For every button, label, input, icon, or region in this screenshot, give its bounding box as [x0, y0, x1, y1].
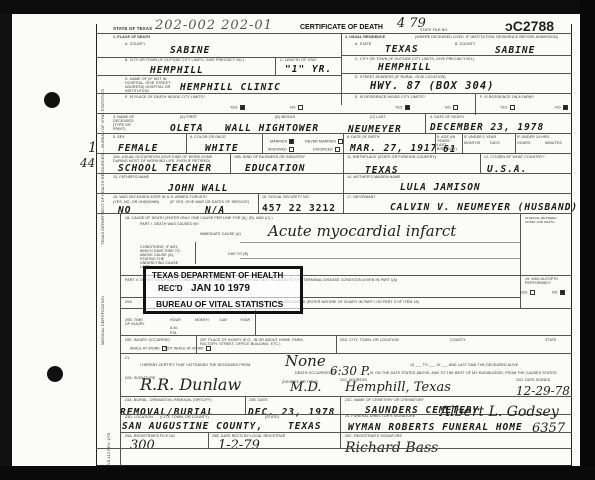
rule — [341, 33, 342, 105]
disposition-date-value: DEC. 23, 1978 — [248, 407, 335, 418]
rule — [343, 153, 344, 173]
armed-forces-sub1: (Yes, no, or unknown) — [113, 200, 159, 204]
race-label: 6. COLOR OR RACE — [190, 135, 226, 139]
certify-text4: m. on the date stated above, and to the … — [370, 371, 558, 375]
dob-label: 8. DATE OF BIRTH — [347, 135, 380, 139]
pod-hospital-value: HEMPHILL CLINIC — [180, 82, 281, 93]
rule — [240, 242, 520, 243]
checkbox-checked[interactable] — [405, 105, 410, 110]
ur-farm-no[interactable]: NO — [555, 105, 568, 110]
checkbox-checked[interactable] — [289, 139, 294, 144]
checkbox[interactable] — [530, 290, 535, 295]
date-of-death-value: DECEMBER 23, 1978 — [430, 122, 544, 133]
mother-label: 14. MOTHER'S MAIDEN NAME — [347, 175, 400, 179]
stamp-received-label: REC'D — [158, 284, 183, 293]
pod-length-value: "1" YR. — [285, 64, 332, 75]
rule — [480, 153, 481, 173]
disposition-location-value: SAN AUGUSTINE COUNTY, — [122, 421, 263, 432]
day-label: Day — [220, 318, 227, 322]
checkbox[interactable] — [335, 147, 340, 152]
rule — [96, 75, 341, 76]
injury-county-label: COUNTY — [450, 338, 466, 342]
time-of-death-value: 6:30 P. — [330, 364, 370, 378]
due-to-label: DUE TO (b) — [228, 252, 248, 256]
month-label: Month — [195, 318, 209, 322]
pod-inside-city-yes[interactable]: YES — [230, 105, 245, 110]
not-while-at-work[interactable]: NOT WHILE AT WORK — [165, 346, 211, 351]
disposition-location-sub: (City, town, or county) — [160, 415, 209, 419]
rule — [341, 73, 572, 74]
date-signed-label: 22d. DATE SIGNED — [516, 378, 550, 382]
stamp-date: JAN 10 1979 — [191, 283, 250, 294]
marital-divorced[interactable]: Divorced — [313, 147, 340, 152]
rule — [475, 93, 476, 115]
marital-married[interactable]: Married — [270, 139, 294, 144]
autopsy-no[interactable]: NO — [552, 290, 565, 295]
days-label: Days — [490, 141, 500, 145]
checkbox-checked[interactable] — [560, 290, 565, 295]
disposition-method-label: 23a. BURIAL, CREMATION, REMOVAL (Specify… — [125, 398, 212, 402]
injury-occurred-label: 20e. INJURY OCCURRED — [125, 338, 170, 342]
accident-label: 20a. — [125, 300, 133, 304]
ur-street-value: HWY. 87 (BOX 304) — [370, 80, 494, 92]
disposition-location-state: TEXAS — [288, 421, 322, 432]
ur-inside-no[interactable]: NO — [445, 105, 458, 110]
ur-inside-yes[interactable]: YES — [395, 105, 410, 110]
rule — [230, 153, 231, 173]
disposition-location-label: 23d. LOCATION — [125, 415, 153, 419]
immediate-cause-value: Acute myocardial infarct — [268, 222, 456, 240]
rule — [245, 396, 246, 414]
place-of-death-label: 1. PLACE OF DEATH — [113, 35, 150, 39]
margin-fraction-bottom: 44 — [80, 156, 95, 170]
attended-from-value: None — [285, 352, 326, 370]
rule — [208, 432, 209, 448]
citizen-label: 12. CITIZEN OF WHAT COUNTRY? — [484, 155, 545, 159]
rule — [120, 432, 572, 433]
stamp-line3: BUREAU OF VITAL STATISTICS — [156, 299, 283, 309]
year-label: Year — [240, 318, 250, 322]
pod-county-label: a. COUNTY — [125, 42, 145, 46]
rule — [341, 55, 572, 56]
occupation-label: 10a. USUAL OCCUPATION (Give kind of work… — [113, 155, 223, 163]
ur-state-value: TEXAS — [385, 44, 419, 55]
rule — [96, 133, 572, 134]
rule — [425, 113, 426, 133]
injury-state-label: STATE — [545, 338, 557, 342]
checkbox[interactable] — [453, 105, 458, 110]
middle-name-label: (b) Middle — [275, 115, 295, 119]
cause-section-label: 18. CAUSE OF DEATH (Enter only one cause… — [125, 216, 273, 220]
autopsy-yes[interactable]: YES — [520, 290, 535, 295]
usual-residence-note: (Where deceased lived. If institution: r… — [415, 35, 558, 39]
pod-inside-city-no[interactable]: NO — [290, 105, 303, 110]
rule — [340, 396, 341, 448]
pod-county-value: SABINE — [170, 45, 210, 56]
cemetery-label: 23c. NAME OF CEMETERY OR CREMATORY — [345, 398, 424, 402]
deceased-name-label: 3. NAME OF DECEASED (Type or print) — [113, 115, 143, 131]
rule — [262, 133, 263, 153]
rule — [195, 242, 196, 264]
certify-text1: I hereby certify that I attended the dec… — [140, 363, 250, 367]
scan-border-top — [0, 0, 595, 14]
ur-state-label: a. STATE — [355, 42, 371, 46]
rule — [96, 93, 572, 94]
armed-forces-sub2: (If yes, give war or dates of service) — [170, 200, 249, 204]
father-label: 13. FATHER'S NAME — [113, 175, 149, 179]
disposition-date-label: 23b. DATE — [249, 398, 268, 402]
part1-label: PART I. DEATH WAS CAUSED BY: — [140, 222, 200, 226]
industry-label: 10b. KIND OF BUSINESS OR INDUSTRY — [234, 155, 305, 159]
interval-label: INTERVAL BETWEEN ONSET AND DEATH — [525, 216, 565, 224]
months-label: Months — [464, 141, 480, 145]
rule — [258, 193, 259, 213]
marital-never-married[interactable]: Never Married — [305, 139, 343, 144]
registrar-file-value: 300 — [130, 438, 155, 453]
rule — [120, 353, 572, 354]
checkbox[interactable] — [289, 147, 294, 152]
place-of-injury-label: 20f. PLACE OF INJURY (e.g., in or about … — [200, 338, 320, 346]
funeral-director-label: 24. FUNERAL DIRECTOR'S SIGNATURE — [345, 414, 415, 418]
injury-location-label: 20g. CITY, TOWN, OR LOCATION — [340, 338, 399, 342]
ur-city-label: c. CITY OR TOWN (If outside city limits,… — [355, 57, 474, 61]
hours-label: Hours — [517, 141, 530, 145]
checkbox[interactable] — [298, 105, 303, 110]
rule — [196, 335, 197, 353]
date-recd-value: 1-2-79 — [218, 438, 260, 453]
service-value: N/A — [205, 205, 225, 216]
usual-residence-label: 2. USUAL RESIDENCE — [345, 35, 385, 39]
rule — [186, 133, 187, 153]
last-name-label: (c) Last — [370, 115, 386, 119]
rule — [96, 448, 572, 449]
checkbox-checked[interactable] — [563, 105, 568, 110]
scan-border-right — [580, 0, 595, 480]
registrar-sig-label: 25c. REGISTRAR'S SIGNATURE — [345, 434, 402, 438]
immediate-cause-label: IMMEDIATE CAUSE (a) — [200, 232, 241, 236]
rule — [462, 133, 463, 153]
rule — [96, 173, 572, 174]
ur-county-label: b. COUNTY — [455, 42, 475, 46]
scan-border-bottom — [0, 466, 595, 480]
disposition-location-state-sub: (State) — [265, 415, 279, 419]
ssn-label: 16. SOCIAL SECURITY NO. — [262, 195, 310, 199]
date-of-death-label: 4. DATE OF DEATH — [430, 115, 464, 119]
rule — [435, 133, 436, 153]
birthplace-label: 11. BIRTHPLACE (State or foreign country… — [347, 155, 436, 159]
minutes-label: Minutes — [545, 141, 562, 145]
rule — [515, 133, 516, 153]
pod-length-label: c. LENGTH OF STAY — [280, 58, 317, 62]
ur-street-label: d. STREET ADDRESS (If rural, give locati… — [355, 75, 446, 79]
rule — [336, 335, 337, 353]
ur-inside-city-label: e. IS RESIDENCE INSIDE CITY LIMITS? — [355, 95, 425, 99]
rule — [96, 113, 572, 114]
degree-value: M.D. — [290, 380, 322, 395]
checkbox[interactable] — [510, 105, 515, 110]
ur-farm-yes[interactable]: YES — [500, 105, 515, 110]
certify-number: 21. — [125, 356, 130, 360]
funeral-home-no: 6357 — [532, 421, 565, 436]
rule — [120, 396, 572, 397]
informant-value: CALVIN V. NEUMEYER (HUSBAND) — [390, 202, 578, 213]
checkbox-checked[interactable] — [240, 105, 245, 110]
rule — [343, 133, 344, 153]
time-of-injury-label: 20b. TIME OF INJURY — [125, 318, 145, 326]
rule — [343, 193, 344, 213]
rule — [96, 33, 572, 34]
informant-label: 17. INFORMANT — [347, 195, 376, 199]
rule — [96, 153, 572, 154]
marital-widowed[interactable]: Widowed — [268, 147, 294, 152]
address-value: Hemphill, Texas — [345, 380, 451, 395]
stamp-line1: TEXAS DEPARTMENT OF HEALTH — [152, 271, 283, 280]
hour-label: Hour — [170, 318, 181, 322]
received-stamp: TEXAS DEPARTMENT OF HEALTH REC'D JAN 10 … — [143, 266, 303, 314]
under-1-year-label: IF UNDER 1 YEAR — [464, 135, 496, 139]
rule — [96, 213, 572, 214]
certify-text2: 19 ___ to ___ 19 ___ and last saw the de… — [410, 363, 518, 367]
while-at-work[interactable]: WHILE AT WORK — [130, 346, 167, 351]
first-name-label: (a) First — [180, 115, 197, 119]
ur-city-value: HEMPHILL — [378, 62, 432, 73]
funeral-director-signature: Albert L. Godsey — [440, 404, 559, 420]
checkbox[interactable] — [206, 346, 211, 351]
punch-hole-bottom — [47, 366, 63, 382]
under-24-label: IF UNDER 24 HRS. — [517, 135, 550, 139]
rule — [240, 258, 520, 259]
punch-hole-top — [44, 92, 60, 108]
rule — [120, 213, 121, 466]
physician-signature: R.R. Dunlaw — [140, 375, 241, 394]
rule — [343, 173, 344, 193]
pod-inside-city-label: e. IS PLACE OF DEATH INSIDE CITY LIMITS? — [125, 95, 205, 99]
rule — [96, 193, 572, 194]
rule — [120, 335, 572, 336]
pod-hospital-label: d. NAME OF (If not in hospital, give str… — [125, 77, 175, 93]
ur-farm-label: f. IS RESIDENCE ON A FARM? — [480, 95, 534, 99]
am-label: a.m. — [170, 326, 178, 330]
autopsy-label: 19. WAS AUTOPSY PERFORMED? — [525, 277, 570, 285]
rule — [275, 57, 276, 75]
sex-label: 5. SEX — [113, 135, 125, 139]
pod-city-label: b. CITY OR TOWN (If outside city limits,… — [125, 58, 244, 62]
armed-forces-label: 15. WAS DECEASED EVER IN U.S. ARMED FORC… — [113, 195, 207, 199]
mother-value: LULA JAMISON — [400, 182, 481, 193]
